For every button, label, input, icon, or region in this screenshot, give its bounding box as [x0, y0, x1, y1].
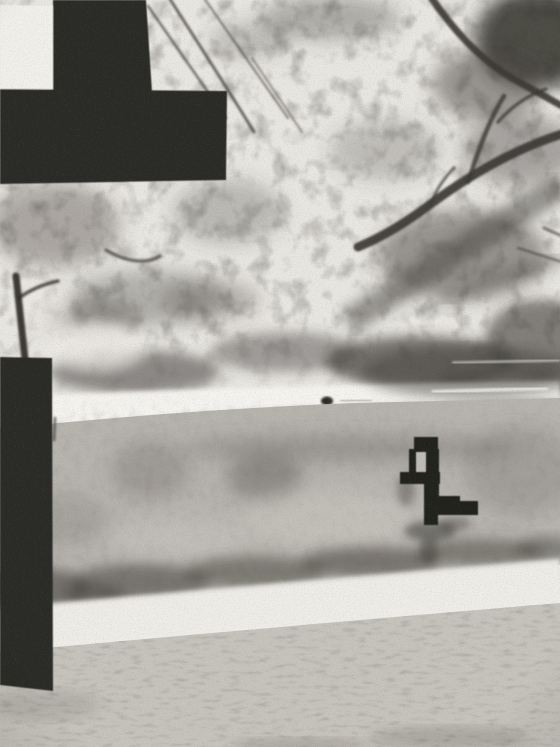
vignette — [0, 0, 560, 747]
print-canvas — [0, 0, 560, 747]
artwork-photo — [0, 0, 560, 747]
